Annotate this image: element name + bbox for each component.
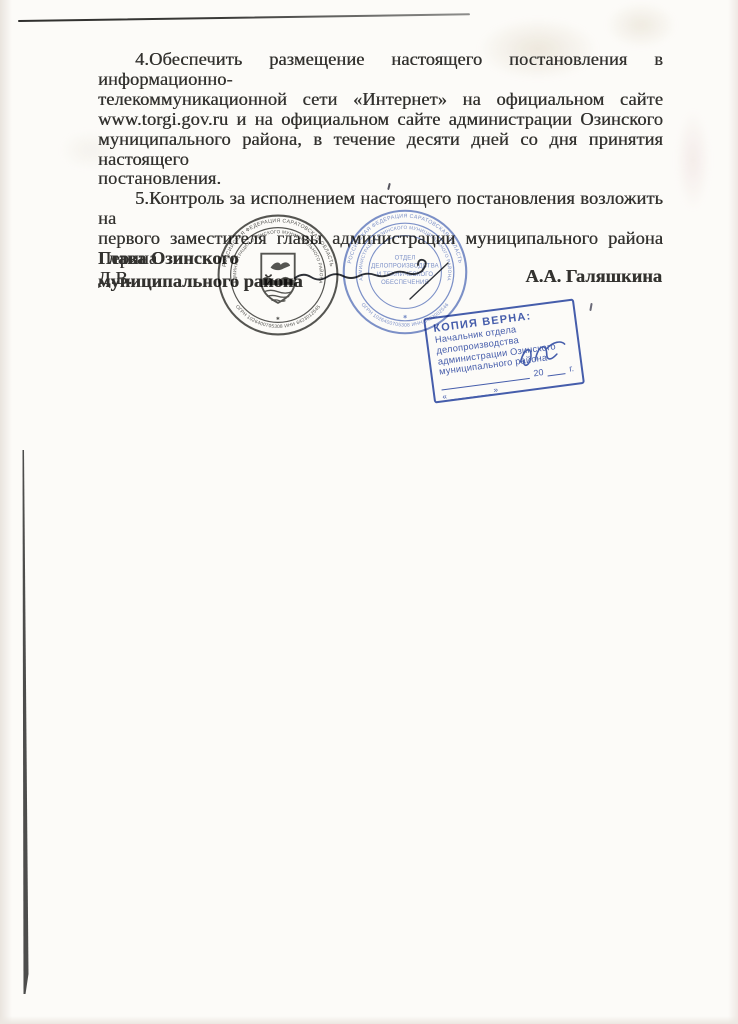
year-prefix: 20 [533, 368, 544, 378]
paper-smudge [676, 110, 710, 210]
signer-name: А.А. Галяшкина [525, 266, 662, 287]
pen-signature-stroke [270, 250, 485, 312]
copy-verified-stamp: КОПИЯ ВЕРНА: Начальник отдела делопроизв… [423, 298, 585, 403]
scan-artifact-top-line [18, 13, 470, 22]
paper-edge-bottom [0, 1016, 738, 1024]
day-underline [449, 387, 491, 400]
paper-smudge [606, 2, 676, 48]
paragraph4-line: телекоммуникационной сети «Интернет» на … [98, 90, 663, 110]
paragraph4-line: постановления. [98, 169, 663, 189]
open-quote: « [442, 392, 448, 402]
paragraph4-line: муниципального района, в течение десяти … [98, 130, 663, 170]
close-quote: » [493, 385, 499, 395]
ink-speck [589, 303, 592, 311]
paper-edge-left [0, 0, 12, 1024]
year-underline [547, 365, 566, 376]
black-seal-star: ✱ [276, 316, 280, 321]
scanned-document-page: 4.Обеспечить размещение настоящего поста… [0, 0, 738, 1024]
paragraph4-line: www.torgi.gov.ru и на официальном сайте … [98, 110, 663, 130]
blue-seal-star: ✱ [403, 314, 407, 320]
paragraph4-line: 4.Обеспечить размещение настоящего поста… [98, 50, 663, 90]
year-suffix: г. [569, 364, 575, 374]
scan-artifact-left-line [16, 446, 34, 1002]
paper-edge-right [728, 0, 738, 1024]
